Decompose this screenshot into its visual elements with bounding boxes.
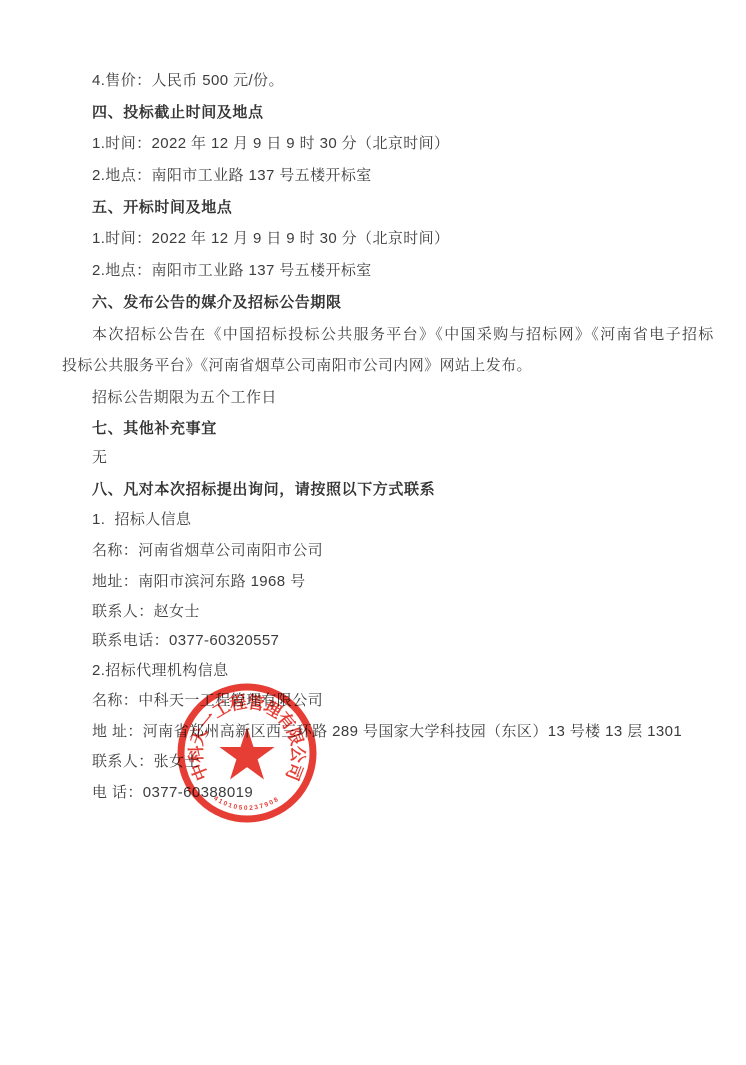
tenderer-name-line: 名称：河南省烟草公司南阳市公司: [92, 541, 323, 560]
doc-line: 招标公告期限为五个工作日: [92, 388, 277, 407]
doc-line: 2.地点：南阳市工业路 137 号五楼开标室: [92, 166, 372, 185]
seal-serial-arc-text: 4101050237908: [212, 795, 280, 812]
tenderer-address-line: 地址：南阳市滨河东路 1968 号: [92, 572, 306, 591]
doc-line: 本次招标公告在《中国招标投标公共服务平台》《中国采购与招标网》《河南省电子招标: [92, 325, 715, 344]
tender-notice-document-page: 4.售价：人民币 500 元/份。 四、投标截止时间及地点 1.时间：2022 …: [0, 0, 746, 1065]
tenderer-phone-line: 联系电话：0377-60320557: [92, 631, 279, 650]
doc-line: 1.时间：2022 年 12 月 9 日 9 时 30 分（北京时间）: [92, 229, 449, 248]
doc-line: 2.招标代理机构信息: [92, 661, 229, 680]
doc-line: 投标公共服务平台》《河南省烟草公司南阳市公司内网》网站上发布。: [62, 356, 532, 375]
doc-line: 2.地点：南阳市工业路 137 号五楼开标室: [92, 261, 372, 280]
section-heading-6: 六、发布公告的媒介及招标公告期限: [92, 293, 342, 312]
section-heading-8: 八、凡对本次招标提出询问，请按照以下方式联系: [92, 480, 435, 499]
doc-line: 1.时间：2022 年 12 月 9 日 9 时 30 分（北京时间）: [92, 134, 449, 153]
doc-line: 无: [92, 448, 107, 467]
company-seal-stamp: 中科天一工程管理有限公司 4101050237908: [173, 679, 321, 827]
doc-line: 4.售价：人民币 500 元/份。: [92, 71, 284, 90]
section-heading-7: 七、其他补充事宜: [92, 419, 217, 438]
doc-line: 1. 招标人信息: [92, 510, 191, 529]
tenderer-contact-line: 联系人：赵女士: [92, 602, 200, 621]
section-heading-5: 五、开标时间及地点: [92, 198, 232, 217]
section-heading-4: 四、投标截止时间及地点: [92, 103, 264, 122]
star-icon: [219, 727, 274, 780]
